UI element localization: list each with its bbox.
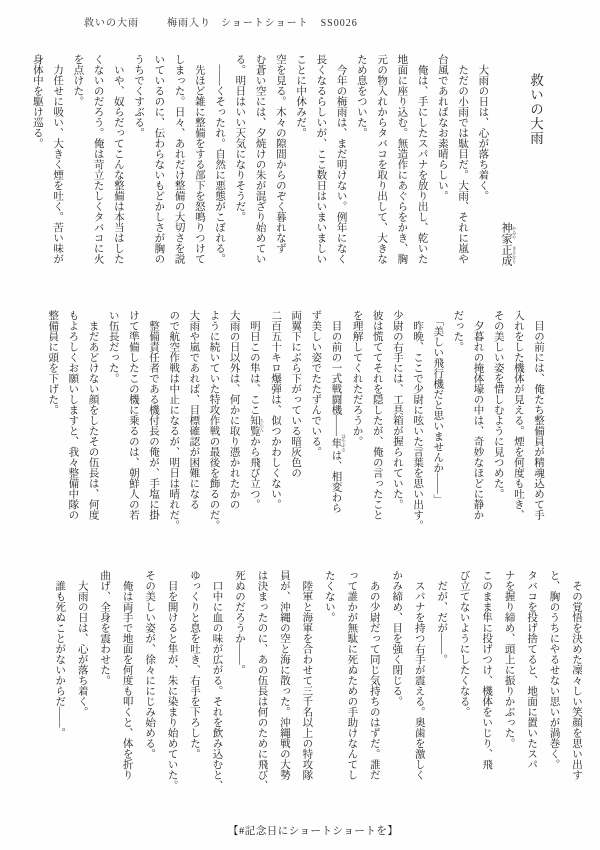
story-line: 死ぬのだろうか――。 [228,570,250,806]
story-line: む蒼い空には、夕焼けの朱が混ざり始めてい [249,54,269,290]
story-line: 俺は、手にしたスパナを放り出し、乾いた [411,54,431,290]
story-line: を点けた。 [67,54,87,290]
story-line: 目の前には、俺たち整備員が精魂込めて手 [528,310,548,546]
story-line: 俺は両手で地面を何度も叩くと、体を折り [115,570,137,806]
story-line: スパナを持つ右手が震える。奥歯を激しく [407,570,429,806]
story-line: ので航空作戦は中止になるが、明日は晴れだ。 [163,310,183,546]
story-line: けて準備したこの機に乗るのは、朝鮮人の若 [123,310,143,546]
story-line: いているのに、伝わらないもどかしさが胸の [148,54,168,290]
story-line: くないのだろう。俺は苛立たしくタバコに火 [87,54,107,290]
story-line: その覚悟を決めた凜々しい笑顔を思い出す [565,570,587,806]
story-line: 大雨の日は、心が落ち着く。 [472,54,492,290]
story-line: ず美しい姿でたたずんでいる。 [305,310,325,546]
story-line: まだあどけない顔をしたその伍長は、何度 [82,310,102,546]
story-line: 目を開けると隼が、朱に染まり始めていた。 [160,570,182,806]
story-line: 長くなるらしいが、ここ数日はいまいましい [310,54,330,290]
story-line: 先ほど雑に整備をする部下を怒鳴りつけて [189,54,209,290]
story-line: 台風であればなお素晴らしい。 [432,54,452,290]
story-line: 彼は慌ててそれを隠したが、俺の言ったこと [367,310,387,546]
story-line: び立てないようにしたくなる。 [452,570,474,806]
story-line: 身体中を駆け巡る。 [27,54,47,290]
text-band-top: 救いの大雨 神家かみや正成まさなり 大雨の日は、心が落ち着く。 ただの小雨では駄… [27,54,545,290]
story-line: 今年の梅雨は、まだ明けない。例年になく [330,54,350,290]
story-line: 少尉の右手には、工具箱が握られていた。 [387,310,407,546]
story-line: 大雨の日以外は、何かに取り憑かれたかの [224,310,244,546]
story-line: 口中に血の味が広がる。それを飲み込むと、 [205,570,227,806]
story-line: 入れをした機体が見える。煙を何度も吐き、 [508,310,528,546]
header-season-label: 梅雨入り [167,14,211,29]
story-line: ため息をついた。 [351,54,371,290]
story-line: ゆっくりと息を吐き、右手を下ろした。 [183,570,205,806]
story-line: 両翼下にぶら下がっている暗灰色の [285,310,305,546]
running-header: 救いの大雨 梅雨入り ショートショート SS0026 [84,14,358,29]
text-band-middle: 目の前には、俺たち整備員が精魂込めて手入れをした機体が見える。煙を何度も吐き、そ… [42,310,548,546]
story-line: ことに中休みだ。 [290,54,310,290]
story-line: 力任せに吸い、大きく煙を吐く。苦い味が [47,54,67,290]
story-line: だが、だが――。 [430,570,452,806]
story-title: 救いの大雨 [524,54,545,290]
story-author: 神家かみや正成まさなり [496,54,517,290]
story-line: って誰かが無駄に死ぬための手助けなんてし [340,570,362,806]
story-line: ――くそったれ。自然に悪態がこぼれる。 [209,54,229,290]
story-line: 目の前の一式戦闘機――隼はやぶさは、相変わら [325,310,346,546]
story-line: うちでくすぶる。 [128,54,148,290]
story-line: は決まったのに、あの伍長は何のために飛び、 [250,570,272,806]
story-line: その美しい姿を惜しむように見つめた。 [488,310,508,546]
story-line: だった。 [447,310,467,546]
header-code: SS0026 [321,18,358,29]
page-footer-hashtag: 【#記念日にショートショートを】 [228,823,398,838]
story-line: 誰も死ぬことがないからだ――。 [48,570,70,806]
story-line: 員が、沖縄の空と海に散った。沖縄戦の大勢 [272,570,294,806]
story-line: と、胸のうちにやるせない思いが渦巻く。 [542,570,564,806]
story-line: ように続いていた特攻作戦の最後を飾るのだ。 [203,310,223,546]
story-line: かみ締め、目を強く閉じる。 [385,570,407,806]
text-band-bottom: その覚悟を決めた凜々しい笑顔を思い出すと、胸のうちにやるせない思いが渦巻く。タバ… [48,570,587,806]
story-line: い伍長だった。 [103,310,123,546]
story-line: を理解してくれただろうか。 [346,310,366,546]
story-line: 曲げ、全身を震わせた。 [93,570,115,806]
story-line: あの少尉だって同じ気持ちのはずだ。誰だ [362,570,384,806]
story-line: 整備員に頭を下げた。 [42,310,62,546]
story-line: タバコを投げ捨てると、地面に置いたスパ [520,570,542,806]
story-line: ナを握り締め、頭上に振りかぶった。 [497,570,519,806]
story-line: たくない。 [317,570,339,806]
story-line: る。明日はいい天気になりそうだ。 [229,54,249,290]
header-story-title: 救いの大雨 [84,14,139,29]
story-line: 大雨や嵐であれば、目標確認が困難になる [183,310,203,546]
story-line: しまった。日々、あれだけ整備の大切さを説 [168,54,188,290]
story-line: もよろしくお願いしますと、我々整備中隊の [62,310,82,546]
story-line: 地面に座り込む。無造作にあぐらをかき、胸 [391,54,411,290]
story-line: 陸軍と海軍を合わせて三千名以上の特攻隊 [295,570,317,806]
story-line: 大雨の日は、心が落ち着く。 [70,570,92,806]
story-line: 明日この隼は、ここ知覧ちらんから飛び立つ。 [244,310,265,546]
story-line: 昨晩、ここで少尉に呟いた言葉を思い出す。 [407,310,427,546]
story-line: その美しい姿が、徐々ににじみ始める。 [138,570,160,806]
story-line: 二百五十キロ爆弾は、似つかわしくない。 [265,310,285,546]
story-line: 空を見る。木々の隙間からのぞく暮れなず [270,54,290,290]
header-genre-label: ショートショート [221,14,309,29]
story-line: ただの小雨では駄目だ。大雨、それに嵐や [452,54,472,290]
story-line: 夕暮れの掩体壕の中は、奇妙なほどに静か [467,310,487,546]
story-line: このまま隼に投げつけ、機体をいじり、飛 [475,570,497,806]
story-line: 「美しい飛行機だと思いませんか――」 [427,310,447,546]
story-line: いや、奴らだってこんな整備は本当はした [108,54,128,290]
story-line: 元の物入れからタバコを取り出して、大きな [371,54,391,290]
story-line: 整備責任者である機付長の俺が、手塩に掛 [143,310,163,546]
